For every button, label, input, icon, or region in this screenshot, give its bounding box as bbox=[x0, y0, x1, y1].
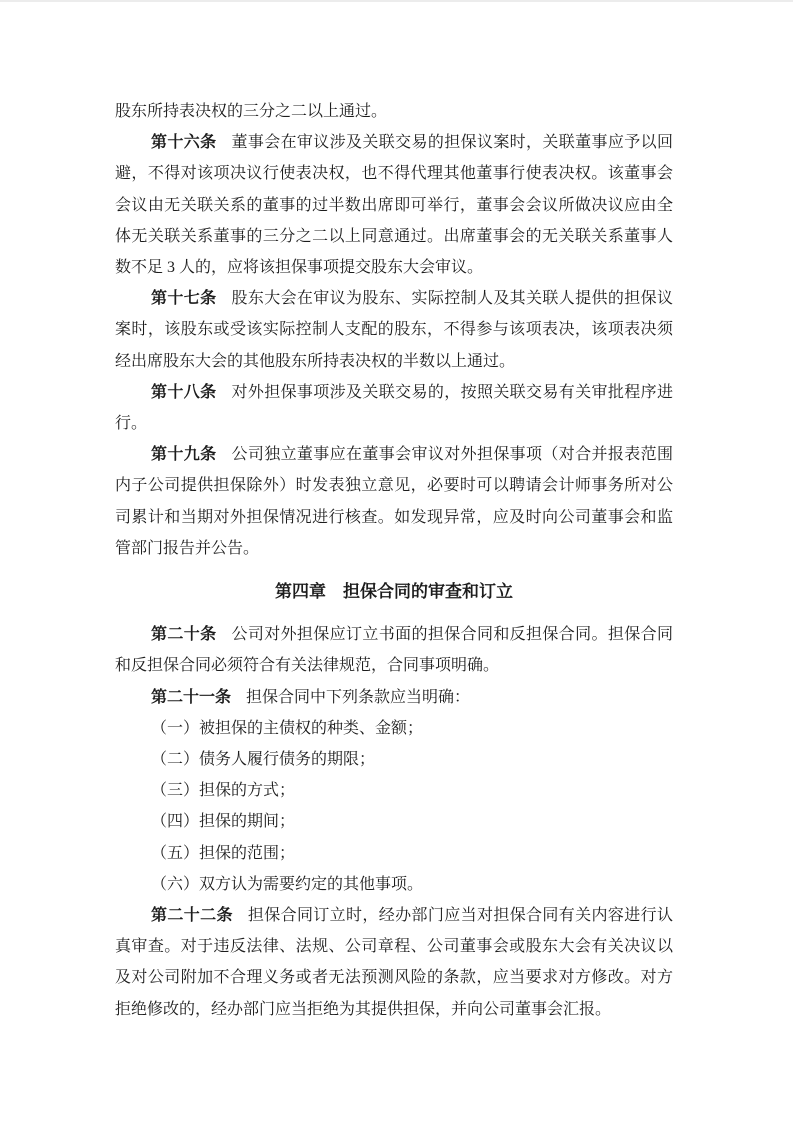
clause-list-item: （一）被担保的主债权的种类、金额； bbox=[115, 713, 673, 744]
article-text: 担保合同中下列条款应当明确： bbox=[246, 689, 470, 706]
article-paragraph: 第十九条公司独立董事应在董事会审议对外担保事项（对合并报表范围内子公司提供担保除… bbox=[115, 439, 673, 564]
article-paragraph: 第二十一条担保合同中下列条款应当明确： bbox=[115, 682, 673, 713]
article-number: 第十七条 bbox=[151, 290, 216, 307]
article-number: 第十八条 bbox=[151, 384, 216, 401]
clause-list-item: （六）双方认为需要约定的其他事项。 bbox=[115, 869, 673, 900]
article-number: 第十六条 bbox=[151, 134, 216, 151]
clause-list-item: （三）担保的方式； bbox=[115, 775, 673, 806]
clause-list-item: （五）担保的范围； bbox=[115, 838, 673, 869]
chapter-heading: 第四章 担保合同的审查和订立 bbox=[115, 576, 673, 607]
article-text: 董事会在审议涉及关联交易的担保议案时，关联董事应予以回避，不得对该项决议行使表决… bbox=[115, 134, 673, 276]
document-text-block: 股东所持表决权的三分之二以上通过。第十六条董事会在审议涉及关联交易的担保议案时，… bbox=[115, 96, 673, 1025]
article-paragraph: 第十七条股东大会在审议为股东、实际控制人及其关联人提供的担保议案时，该股东或受该… bbox=[115, 283, 673, 377]
article-paragraph: 第十六条董事会在审议涉及关联交易的担保议案时，关联董事应予以回避，不得对该项决议… bbox=[115, 127, 673, 283]
article-number: 第二十二条 bbox=[151, 907, 233, 924]
article-paragraph: 第十八条对外担保事项涉及关联交易的，按照关联交易有关审批程序进行。 bbox=[115, 377, 673, 439]
article-number: 第二十一条 bbox=[151, 689, 231, 706]
article-paragraph: 第二十二条担保合同订立时，经办部门应当对担保合同有关内容进行认真审查。对于违反法… bbox=[115, 900, 673, 1025]
continuation-paragraph: 股东所持表决权的三分之二以上通过。 bbox=[115, 96, 673, 127]
article-number: 第十九条 bbox=[151, 446, 216, 463]
document-page: 股东所持表决权的三分之二以上通过。第十六条董事会在审议涉及关联交易的担保议案时，… bbox=[0, 0, 793, 1122]
clause-list-item: （四）担保的期间； bbox=[115, 806, 673, 837]
clause-list-item: （二）债务人履行债务的期限； bbox=[115, 744, 673, 775]
article-paragraph: 第二十条公司对外担保应订立书面的担保合同和反担保合同。担保合同和反担保合同必须符… bbox=[115, 619, 673, 681]
article-number: 第二十条 bbox=[151, 626, 216, 643]
